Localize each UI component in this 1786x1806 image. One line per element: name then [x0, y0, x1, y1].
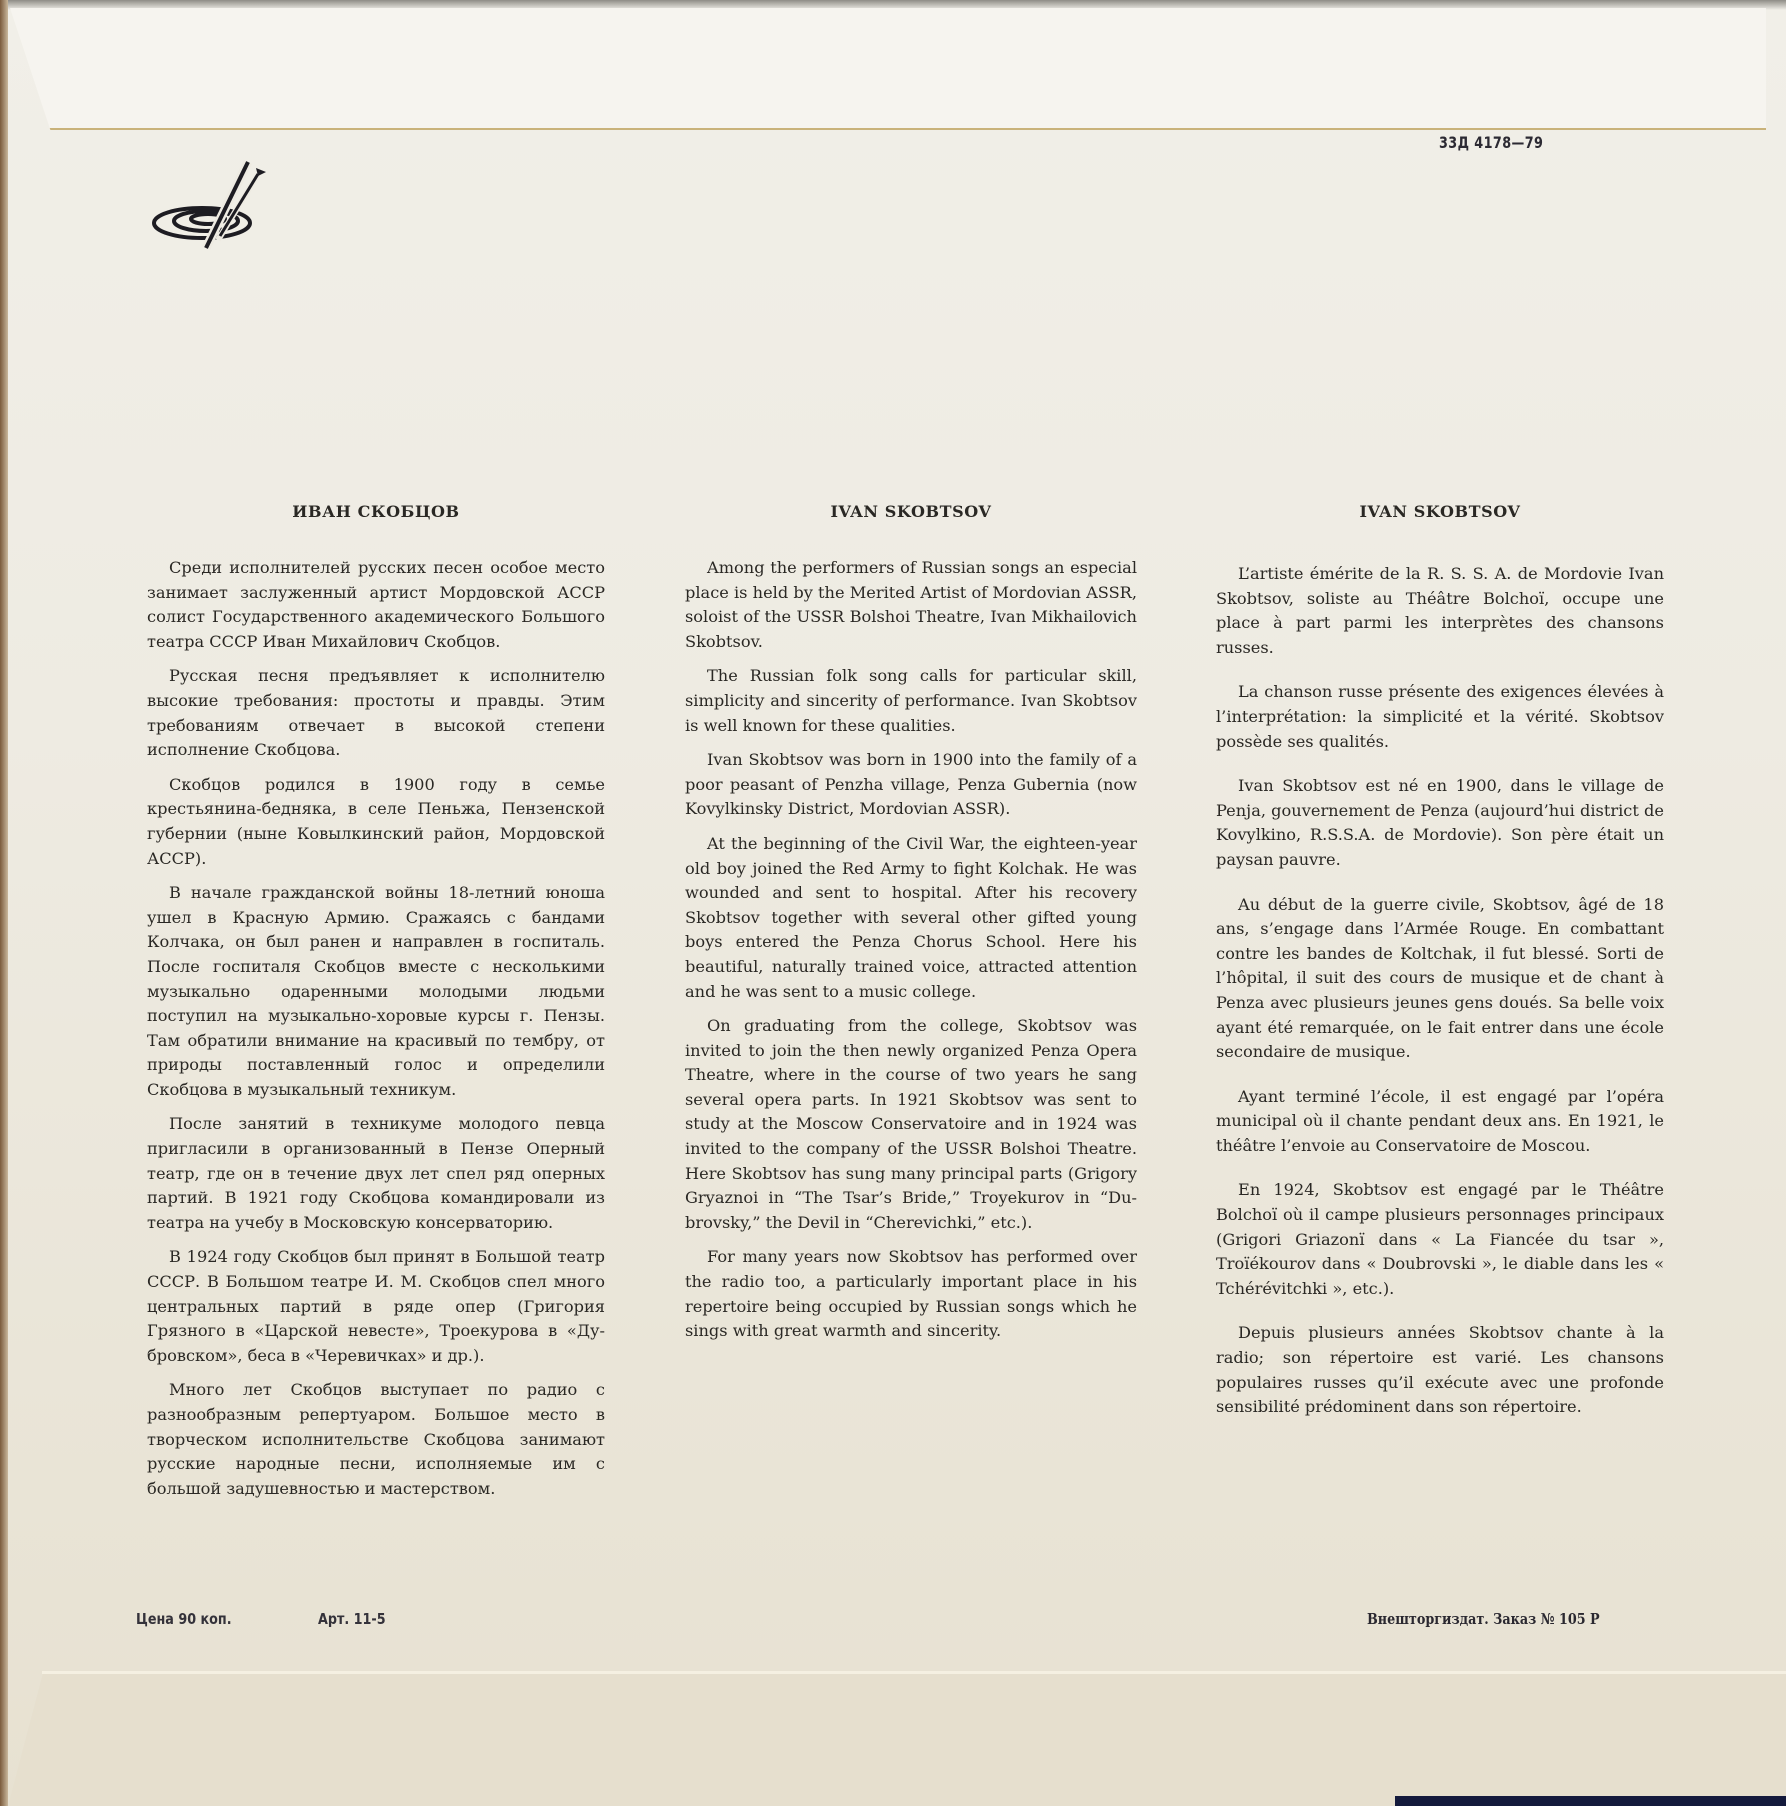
paragraph: Русская песня предъявляет к исполни­телю… — [147, 664, 605, 762]
paragraph: Ayant terminé l’école, il est engagé par… — [1216, 1085, 1664, 1159]
paragraph: После занятий в техникуме молодого певца… — [147, 1112, 605, 1235]
english-title: IVAN SKOBTSOV — [685, 502, 1137, 522]
paragraph: Ivan Skobtsov was born in 1900 into the … — [685, 748, 1137, 822]
paragraph: Depuis plusieurs années Skobtsov chante … — [1216, 1321, 1664, 1419]
paragraph: La chanson russe présente des exigences … — [1216, 680, 1664, 754]
paragraph: Много лет Скобцов выступает по радио с р… — [147, 1378, 605, 1501]
paragraph: Among the performers of Russian songs an… — [685, 556, 1137, 654]
paragraph: Ivan Skobtsov est né en 1900, dans le vi… — [1216, 774, 1664, 872]
printer-order-label: Внешторгиздат. Заказ № 105 Р — [1367, 1610, 1600, 1628]
sleeve-edge — [0, 0, 8, 1806]
bottom-flap-fold — [42, 1671, 1786, 1674]
paragraph: Среди исполнителей русских песен осо­бое… — [147, 556, 605, 654]
paragraph: At the beginning of the Civil War, the e… — [685, 832, 1137, 1004]
top-flap — [10, 8, 1766, 130]
english-column: IVAN SKOBTSOV Among the performers of Ru… — [685, 502, 1137, 1354]
paragraph: For many years now Skobtsov has per­form… — [685, 1245, 1137, 1343]
french-column: IVAN SKOBTSOV L’artiste émérite de la R.… — [1216, 502, 1664, 1440]
paragraph: En 1924, Skobtsov est engagé par le Théâ… — [1216, 1178, 1664, 1301]
background-corner — [1395, 1796, 1786, 1806]
paragraph: On graduating from the college, Skobtsov… — [685, 1014, 1137, 1235]
melodiya-logo-icon — [140, 160, 280, 270]
paragraph: Скобцов родился в 1900 году в семье крес… — [147, 773, 605, 871]
paragraph: Au début de la guerre civile, Skobtsov, … — [1216, 893, 1664, 1065]
paragraph: L’artiste émérite de la R. S. S. A. de M… — [1216, 562, 1664, 660]
price-label: Цена 90 коп. — [136, 1610, 232, 1628]
paragraph: В начале гражданской войны 18-лет­ний юн… — [147, 881, 605, 1102]
bottom-flap — [8, 1671, 1786, 1806]
article-label: Арт. 11-5 — [318, 1610, 386, 1628]
russian-title: ИВАН СКОБЦОВ — [147, 502, 605, 522]
catalog-number: 33Д 4178—79 — [1439, 133, 1543, 152]
french-title: IVAN SKOBTSOV — [1216, 502, 1664, 522]
paragraph: В 1924 году Скобцов был принят в Большой… — [147, 1245, 605, 1368]
paragraph: The Russian folk song calls for particul… — [685, 664, 1137, 738]
russian-column: ИВАН СКОБЦОВ Среди исполнителей русских … — [147, 502, 605, 1511]
